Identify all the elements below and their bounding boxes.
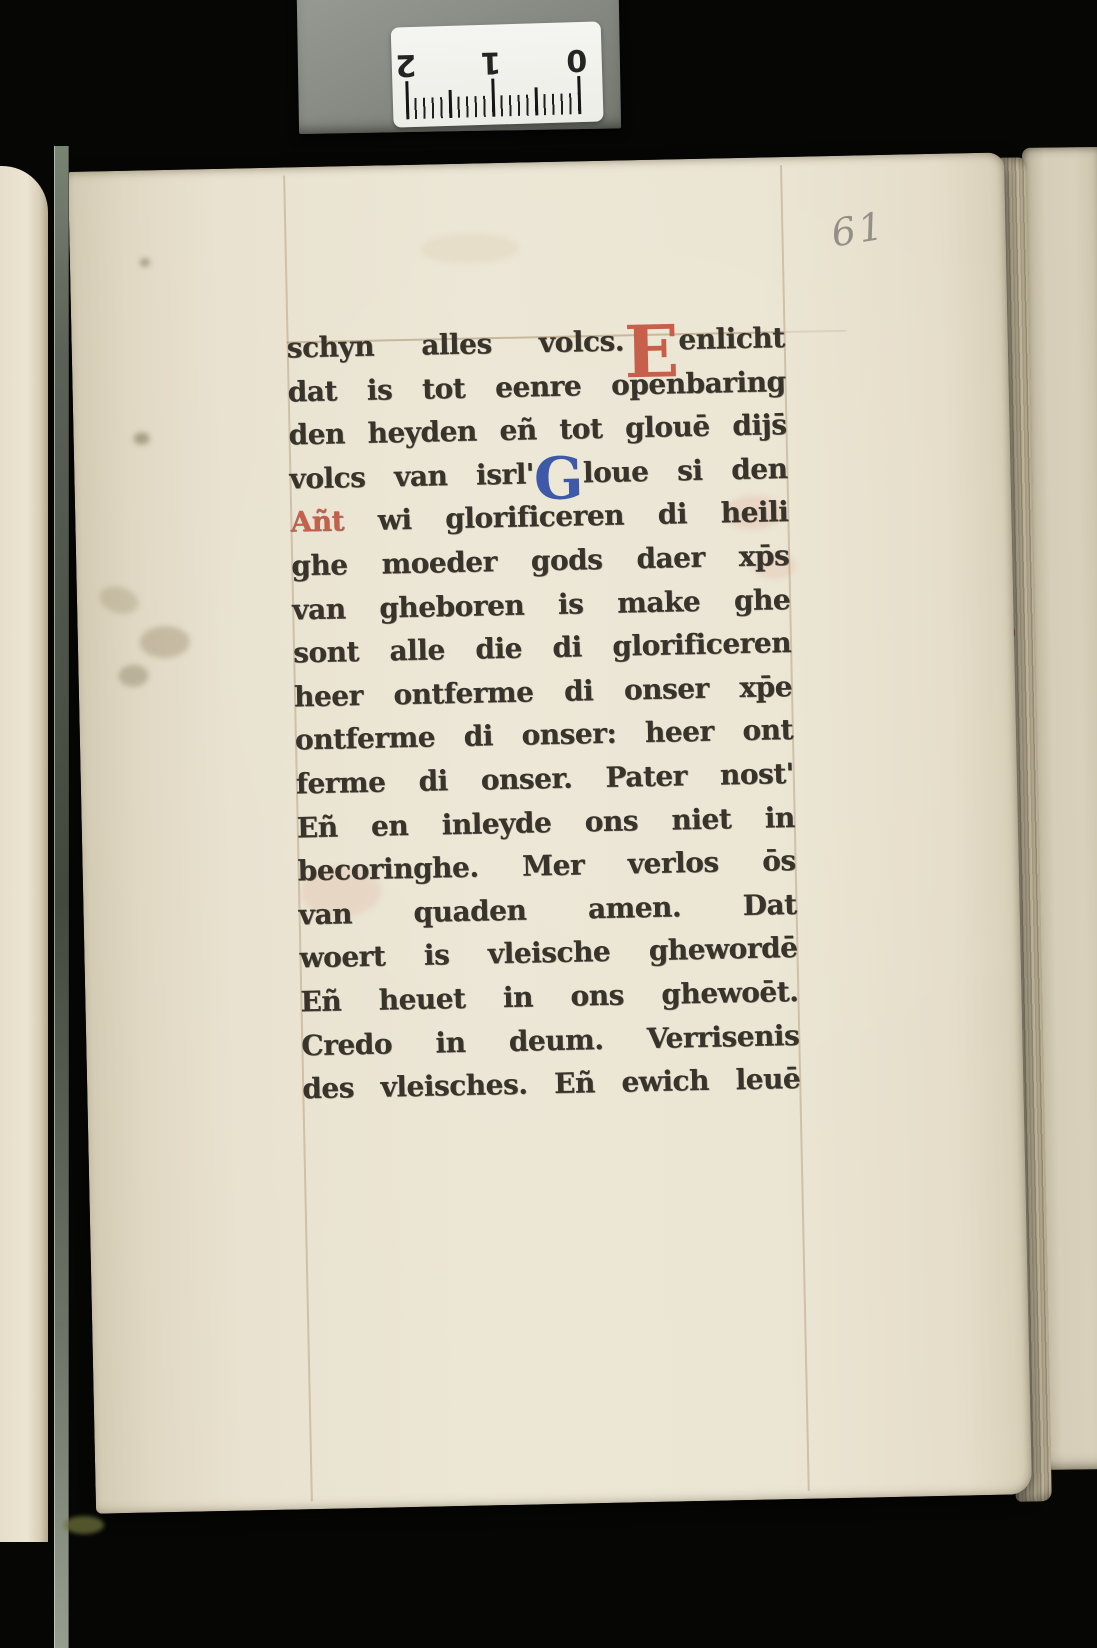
cm-tick [577, 76, 581, 114]
text-segment: van quaden amen. Dat [298, 888, 797, 931]
text-segment: ghe moeder gods daer xp̄s [291, 539, 790, 582]
stain [140, 626, 191, 659]
text-segment: wi glorificeren di heili [344, 495, 789, 537]
cm-tick [405, 81, 409, 119]
stain [133, 432, 149, 444]
half-cm-tick [535, 87, 539, 115]
text-segment: sont alle die di glorificeren [293, 626, 792, 669]
text-segment: schyn alles volcs. [286, 324, 624, 364]
text-segment: ontferme di onser: heer ont [295, 713, 794, 756]
text-segment: becoringhe. Mer verlos ōs [297, 844, 796, 887]
stain [140, 258, 150, 266]
cm-tick [491, 79, 495, 117]
text-segment: des vleisches. Eñ ewich leuē [302, 1062, 801, 1105]
text-segment: ferme di onser. Pater nost' [296, 757, 795, 800]
manuscript-photo: 61 schyn alles volcs.Eenlichtdat is tot … [0, 0, 1097, 1648]
text-segment: van gheboren is make ghe [292, 583, 791, 626]
text-segment: Eñ heuet in ons ghewoēt. [300, 975, 799, 1018]
ruler-number-2: 2 [391, 47, 420, 83]
stain [419, 233, 520, 265]
ruler-number-0: 0 [562, 42, 591, 78]
manuscript-page: 61 schyn alles volcs.Eenlichtdat is tot … [68, 152, 1032, 1513]
ruler-ticks [405, 74, 582, 119]
cm-ruler-label: 2 1 0 [391, 21, 604, 127]
text-segment: heer ontferme di onser xp̄e [294, 670, 793, 713]
half-cm-tick [449, 90, 453, 118]
scale-bar: 2 1 0 [296, 0, 621, 134]
text-segment: woert is vleische ghewordē [299, 931, 798, 974]
text-block: schyn alles volcs.Eenlichtdat is tot een… [286, 317, 800, 1112]
folio-number: 61 [828, 203, 889, 255]
glass-strip [54, 146, 69, 1648]
gutter-debris [64, 1516, 104, 1534]
ruler-number-1: 1 [476, 44, 505, 80]
text-segment: Eñ en inleyde ons niet in [296, 800, 795, 843]
facing-page-edge [0, 166, 48, 1542]
text-segment: Añt [290, 505, 344, 539]
stain [118, 664, 148, 687]
text-segment: Credo in deum. Verrisenis [301, 1018, 800, 1061]
text-segment: loue si den [583, 452, 788, 489]
text-segment: dat is tot eenre openbaring [287, 365, 786, 408]
text-segment: enlicht [678, 321, 785, 356]
text-line: des vleisches. Eñ ewich leuē [302, 1058, 801, 1112]
text-segment: volcs van isrl' [289, 457, 534, 495]
stain [96, 582, 142, 618]
